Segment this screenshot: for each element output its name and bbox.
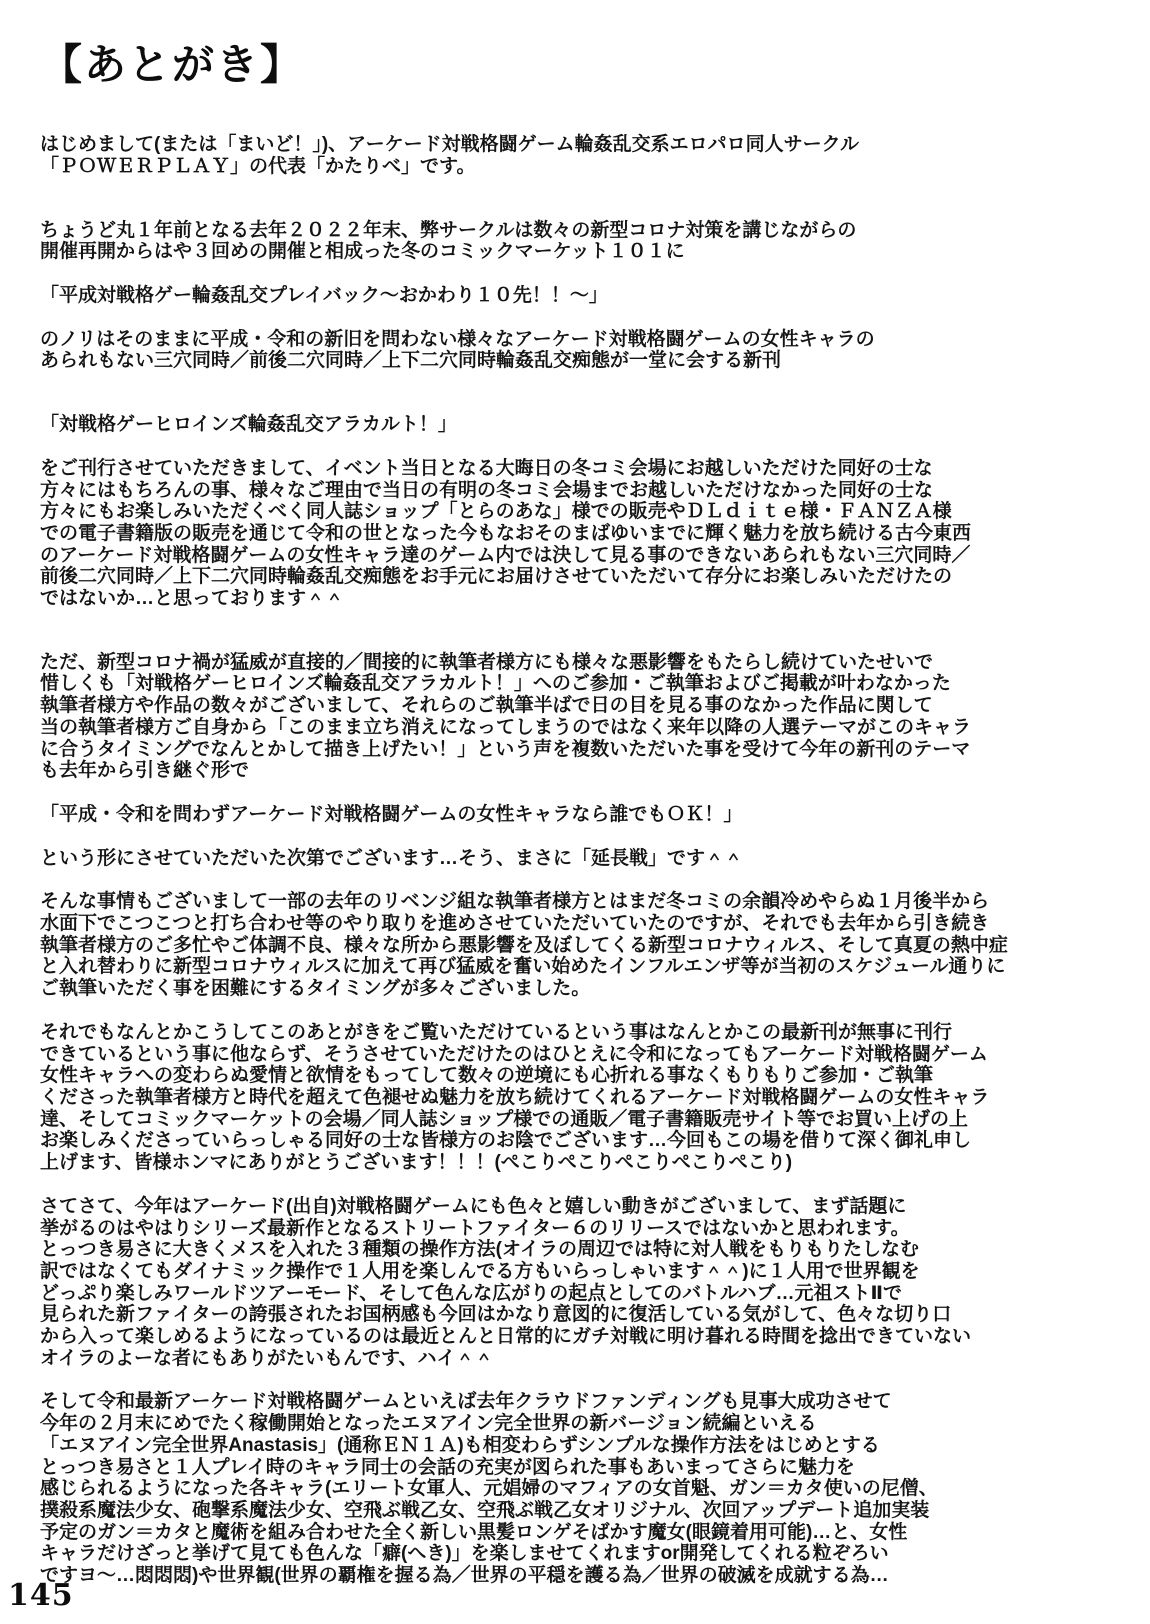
paragraph-book-title: 「対戦格ゲーヒロインズ輪姦乱交アラカルト！」 [40, 414, 1122, 436]
afterword-page: 【あとがき】 はじめまして(または「まいど！」)、アーケード対戦格闘ゲーム輪姦乱… [0, 0, 1150, 1624]
paragraph-theme-quote: 「平成・令和を問わずアーケード対戦格闘ゲームの女性キャラなら誰でもＯＫ！」 [40, 804, 1122, 826]
paragraph-en1a: そして令和最新アーケード対戦格闘ゲームといえば去年クラウドファンディングも見事大… [40, 1391, 1122, 1586]
paragraph-prev-book-desc: のノリはそのままに平成・令和の新旧を問わない様々なアーケード対戦格闘ゲームの女性… [40, 329, 1122, 372]
afterword-content: 【あとがき】 はじめまして(または「まいど！」)、アーケード対戦格闘ゲーム輪姦乱… [40, 42, 1122, 1587]
paragraph-sf6: さてさて、今年はアーケード(出自)対戦格闘ゲームにも色々と嬉しい動きがございまし… [40, 1196, 1122, 1370]
paragraph-extension: という形にさせていただいた次第でございます…そう、まさに「延長戦」です＾＾ [40, 848, 1122, 870]
paragraph-prev-book-title: 「平成対戦格ゲー輪姦乱交プレイバック～おかわり１０先！！～」 [40, 285, 1122, 307]
page-number: 145 [8, 1578, 74, 1613]
paragraph-schedule: そんな事情もございまして一部の去年のリベンジ組な執筆者様方とはまだ冬コミの余韻冷… [40, 891, 1122, 1000]
paragraph-thanks: それでもなんとかこうしてこのあとがきをご覧いただけているという事はなんとかこの最… [40, 1022, 1122, 1174]
page-title: 【あとがき】 [40, 42, 1122, 88]
paragraph-comiket101: ちょうど丸１年前となる去年２０２２年末、弊サークルは数々の新型コロナ対策を講じな… [40, 220, 1122, 263]
paragraph-intro: はじめまして(または「まいど！」)、アーケード対戦格闘ゲーム輪姦乱交系エロパロ同… [40, 134, 1122, 177]
paragraph-publication: をご刊行させていただきまして、イベント当日となる大晦日の冬コミ会場にお越しいただ… [40, 458, 1122, 610]
afterword-body: はじめまして(または「まいど！」)、アーケード対戦格闘ゲーム輪姦乱交系エロパロ同… [40, 134, 1122, 1587]
paragraph-covid-impact: ただ、新型コロナ禍が猛威が直接的／間接的に執筆者様方にも様々な悪影響をもたらし続… [40, 652, 1122, 782]
